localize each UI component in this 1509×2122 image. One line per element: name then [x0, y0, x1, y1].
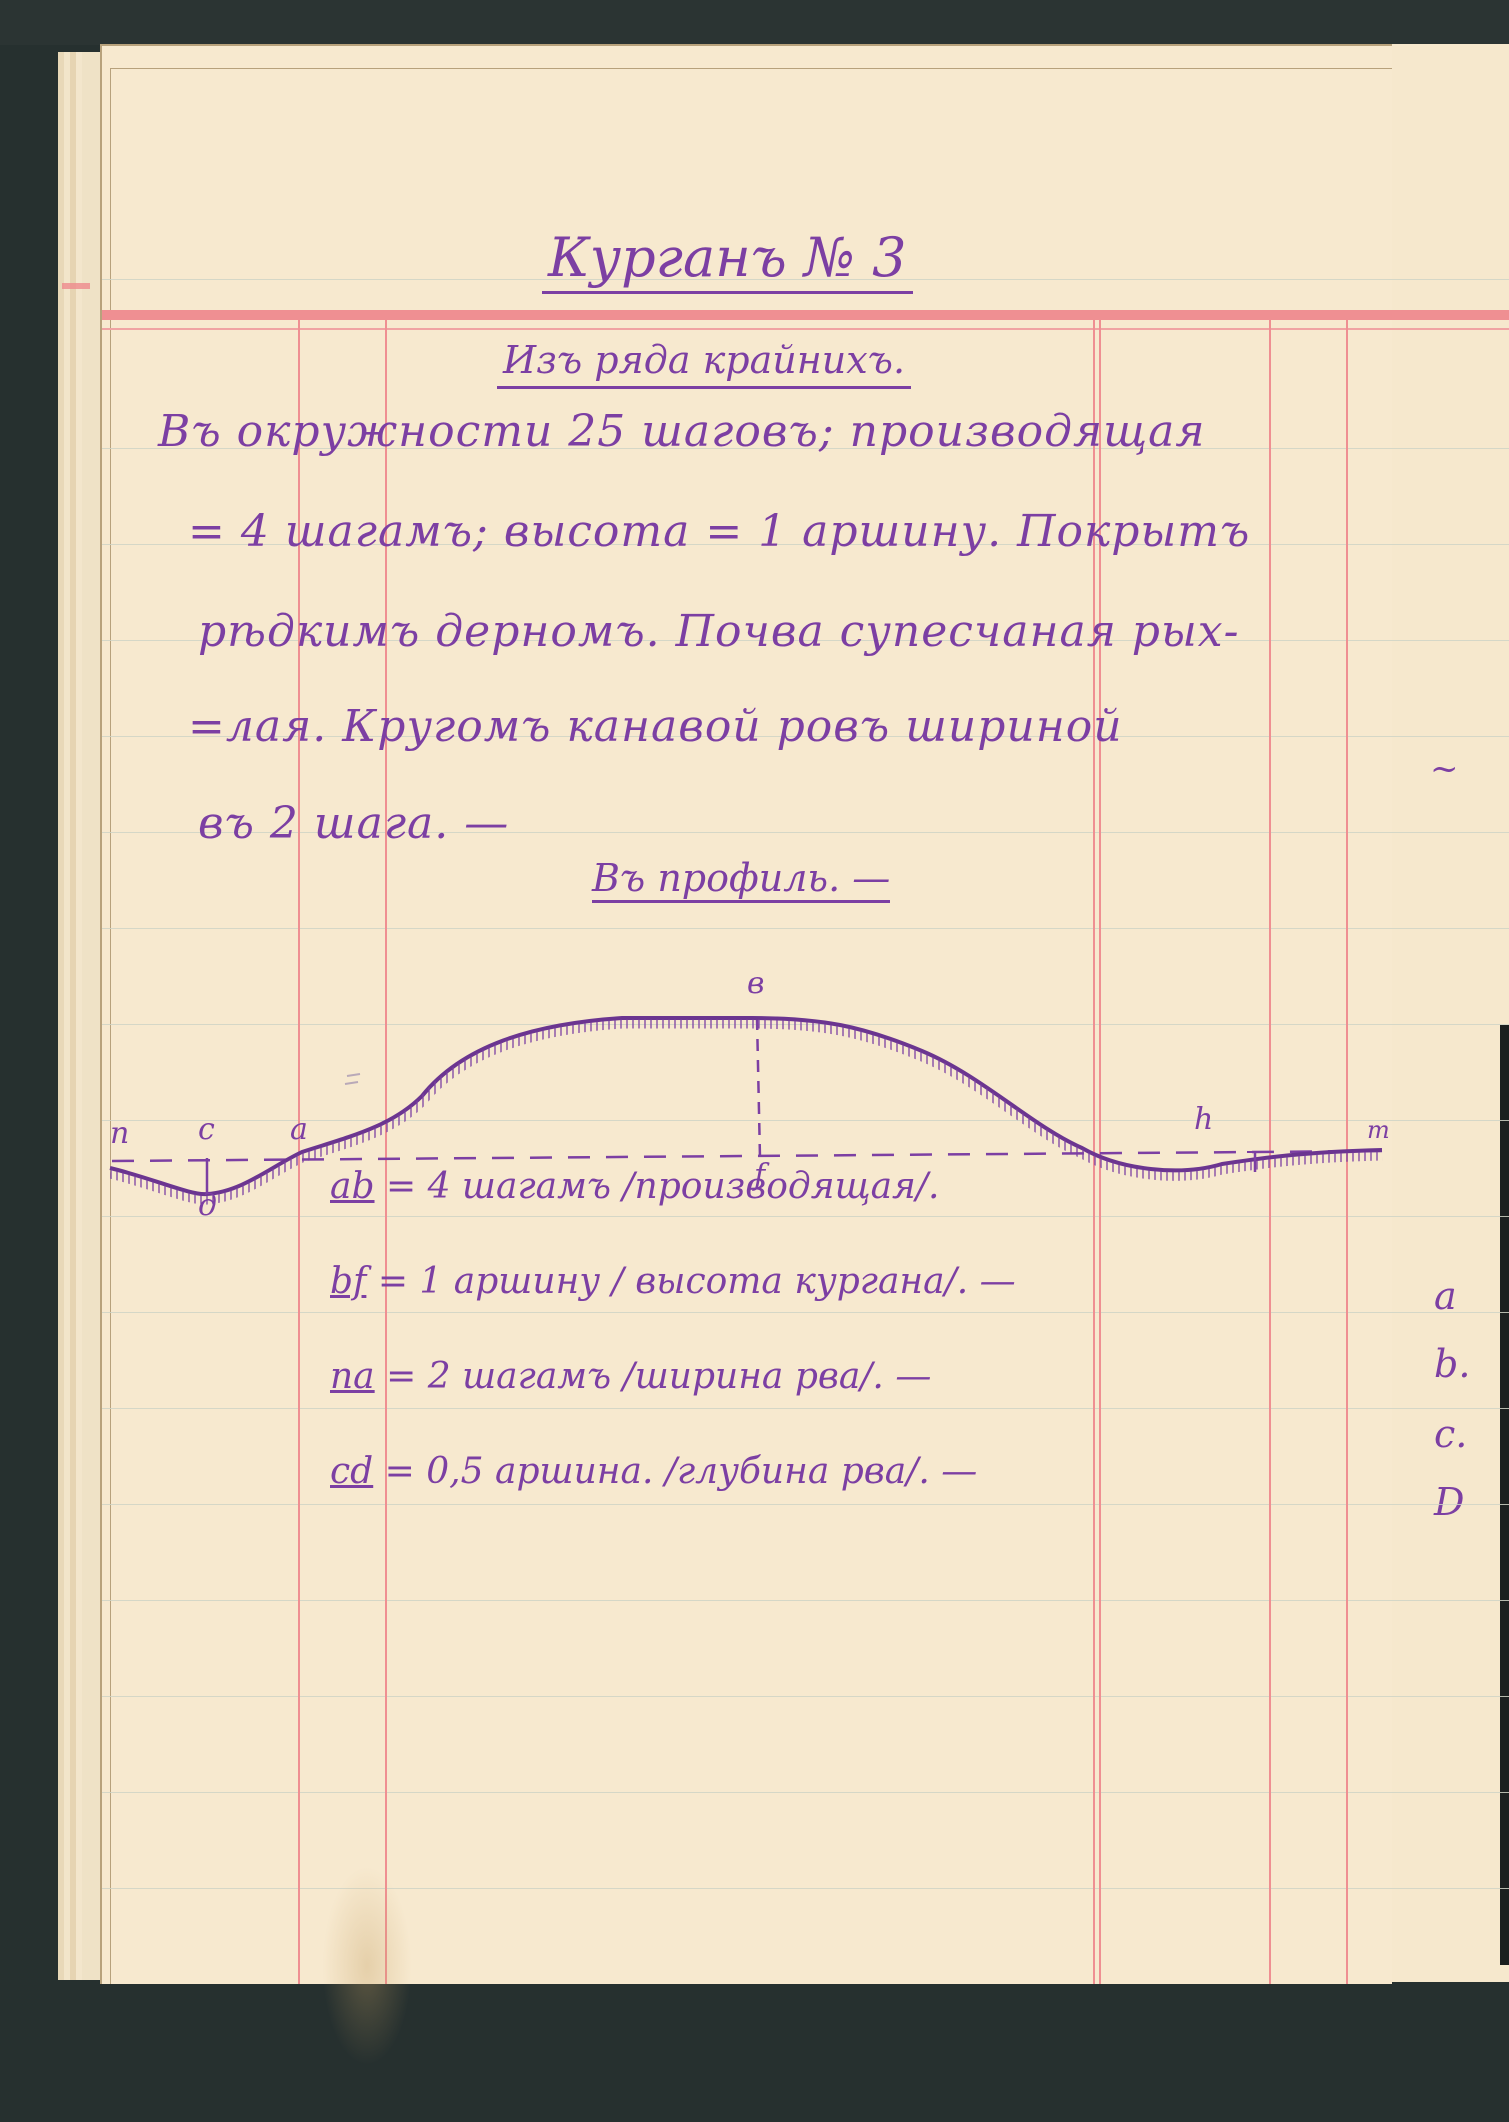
paragraph-line: =лая. Кругомъ канавой ровъ шириной [188, 701, 1123, 752]
ruling-line [102, 1504, 1509, 1505]
red-header-rule [102, 310, 1509, 320]
profile-heading-text: Въ профиль. — [592, 856, 890, 903]
ruling-line [102, 1408, 1509, 1409]
diagram-label-a: a [290, 1112, 308, 1147]
paragraph-line: = 4 шагамъ; высота = 1 аршину. Покрытъ [188, 506, 1250, 557]
paper-stain [322, 1866, 412, 2066]
diagram-label-h: h [1194, 1102, 1213, 1137]
legend-item: ab = 4 шагамъ /производящая/. [330, 1166, 939, 1207]
legend-text: = 2 шагамъ /ширина рва/. — [386, 1356, 931, 1397]
notebook-page: Курганъ № 3 Изъ ряда крайнихъ. Въ окружн… [100, 44, 1392, 1984]
next-page-fragment: D [1434, 1480, 1464, 1524]
next-page-fragment: c. [1434, 1412, 1467, 1456]
next-page-shadow [1500, 1025, 1509, 1965]
diagram-label-m: m [1367, 1116, 1390, 1144]
legend-key: bf [330, 1261, 366, 1302]
legend-text: = 0,5 аршина. /глубина рва/. — [385, 1451, 978, 1492]
legend-key: ab [330, 1166, 375, 1207]
next-page-fragment: ~ [1430, 749, 1459, 789]
page-title: Курганъ № 3 [542, 226, 913, 294]
page-stack-red-mark [62, 283, 90, 289]
diagram-label-d: д [198, 1188, 217, 1223]
page-subtitle: Изъ ряда крайнихъ. [497, 338, 911, 389]
ruling-line [102, 1888, 1509, 1889]
ruling-line [102, 1696, 1509, 1697]
diagram-label-c: c [198, 1112, 215, 1147]
legend-item: na = 2 шагамъ /ширина рва/. — [330, 1356, 931, 1397]
ruling-line [102, 1600, 1509, 1601]
red-thin-rule [102, 328, 1509, 330]
ruling-line [102, 1792, 1509, 1793]
legend-key: na [330, 1356, 375, 1397]
profile-heading: Въ профиль. — [592, 856, 890, 900]
legend-key: cd [330, 1451, 373, 1492]
paragraph-line: Въ окружности 25 шаговъ; производящая [158, 406, 1206, 457]
legend-text: = 4 шагамъ /производящая/. [386, 1166, 940, 1207]
ruling-line [102, 1312, 1509, 1313]
notebook-cover [0, 0, 1509, 45]
diagram-label-b: в [747, 966, 764, 1001]
paragraph-line: въ 2 шага. — [198, 798, 509, 849]
legend-text: = 1 аршину / высота кургана/. — [378, 1261, 1016, 1302]
legend-item: cd = 0,5 аршина. /глубина рва/. — [330, 1451, 977, 1492]
page-stack-edge [58, 52, 104, 1980]
legend-item: bf = 1 аршину / высота кургана/. — [330, 1261, 1016, 1302]
diagram-label-n: n [110, 1116, 129, 1151]
paragraph-line: рѣдкимъ дерномъ. Почва супесчаная рых- [198, 606, 1240, 657]
next-page-fragment: b. [1434, 1342, 1470, 1386]
